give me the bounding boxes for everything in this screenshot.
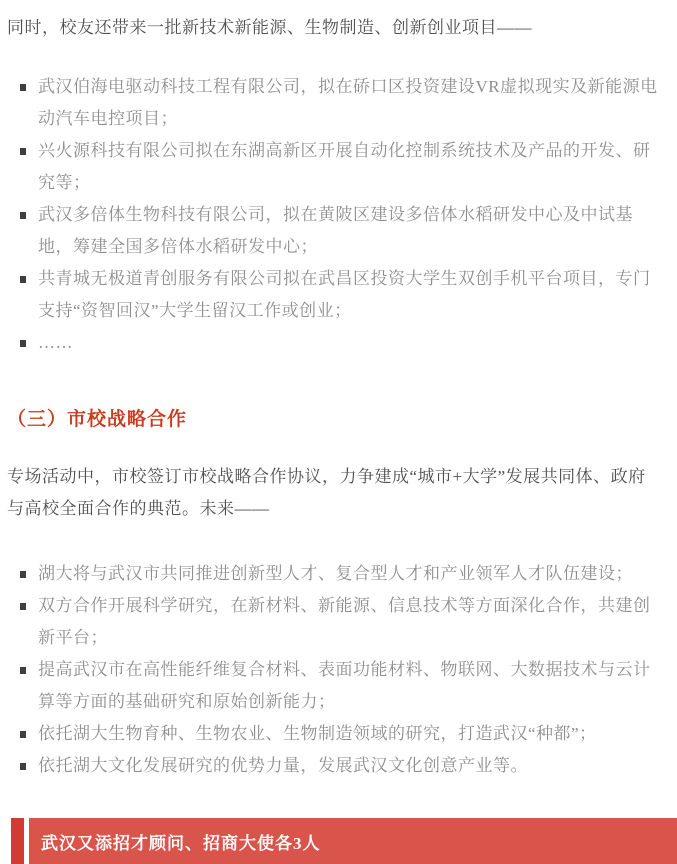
list-item: 依托湖大文化发展研究的优势力量，发展武汉文化创意产业等。	[7, 750, 663, 782]
list-item: 武汉多倍体生物科技有限公司，拟在黄陂区建设多倍体水稻研发中心及中试基地，筹建全国…	[7, 199, 663, 263]
square-bullet-icon	[20, 763, 26, 770]
list-item-text: 依托湖大文化发展研究的优势力量，发展武汉文化创意产业等。	[38, 756, 528, 775]
list-item-text: ……	[38, 333, 73, 352]
square-bullet-icon	[20, 84, 26, 91]
square-bullet-icon	[20, 571, 26, 578]
list-item: 武汉伯海电驱动科技工程有限公司，拟在硚口区投资建设VR虚拟现实及新能源电动汽车电…	[7, 71, 663, 135]
square-bullet-icon	[20, 212, 26, 219]
list-item: 共青城无极道青创服务有限公司拟在武昌区投资大学生双创手机平台项目，专门支持“资智…	[7, 263, 663, 327]
article-body: 同时，校友还带来一批新技术新能源、生物制造、创新创业项目—— 武汉伯海电驱动科技…	[0, 12, 677, 864]
square-bullet-icon	[20, 340, 26, 347]
list-item: 提高武汉市在高性能纤维复合材料、表面功能材料、物联网、大数据技术与云计算等方面的…	[7, 654, 663, 718]
banner-title-bar: 武汉又添招才顾问、招商大使各3人	[29, 818, 677, 864]
list-item: ……	[7, 327, 663, 359]
square-bullet-icon	[20, 667, 26, 674]
list-item-text: 武汉伯海电驱动科技工程有限公司，拟在硚口区投资建设VR虚拟现实及新能源电动汽车电…	[38, 77, 658, 128]
next-section-banner: 武汉又添招才顾问、招商大使各3人	[11, 818, 677, 864]
list-item-text: 武汉多倍体生物科技有限公司，拟在黄陂区建设多倍体水稻研发中心及中试基地，筹建全国…	[38, 205, 633, 256]
list-item-text: 提高武汉市在高性能纤维复合材料、表面功能材料、物联网、大数据技术与云计算等方面的…	[38, 660, 651, 711]
square-bullet-icon	[20, 276, 26, 283]
list-item: 兴火源科技有限公司拟在东湖高新区开展自动化控制系统技术及产品的开发、研究等；	[7, 135, 663, 199]
banner-title: 武汉又添招才顾问、招商大使各3人	[41, 829, 321, 854]
square-bullet-icon	[20, 731, 26, 738]
banner-accent-bar	[11, 818, 24, 864]
list-item-text: 依托湖大生物育种、生物农业、生物制造领域的研究，打造武汉“种都”；	[38, 724, 597, 743]
list-item: 湖大将与武汉市共同推进创新型人才、复合型人才和产业领军人才队伍建设；	[7, 558, 663, 590]
list-item: 依托湖大生物育种、生物农业、生物制造领域的研究，打造武汉“种都”；	[7, 718, 663, 750]
intro-paragraph: 同时，校友还带来一批新技术新能源、生物制造、创新创业项目——	[7, 12, 657, 44]
list-item-text: 共青城无极道青创服务有限公司拟在武昌区投资大学生双创手机平台项目，专门支持“资智…	[38, 269, 651, 320]
list-item-text: 兴火源科技有限公司拟在东湖高新区开展自动化控制系统技术及产品的开发、研究等；	[38, 141, 651, 192]
list-item: 双方合作开展科学研究，在新材料、新能源、信息技术等方面深化合作，共建创新平台；	[7, 590, 663, 654]
square-bullet-icon	[20, 148, 26, 155]
section-heading: （三）市校战略合作	[7, 407, 657, 433]
list-item-text: 双方合作开展科学研究，在新材料、新能源、信息技术等方面深化合作，共建创新平台；	[38, 596, 651, 647]
alumni-project-list: 武汉伯海电驱动科技工程有限公司，拟在硚口区投资建设VR虚拟现实及新能源电动汽车电…	[7, 71, 663, 359]
square-bullet-icon	[20, 603, 26, 610]
section-lead-paragraph: 专场活动中，市校签订市校战略合作协议，力争建成“城市+大学”发展共同体、政府与高…	[7, 461, 655, 525]
cooperation-point-list: 湖大将与武汉市共同推进创新型人才、复合型人才和产业领军人才队伍建设； 双方合作开…	[7, 558, 663, 782]
list-item-text: 湖大将与武汉市共同推进创新型人才、复合型人才和产业领军人才队伍建设；	[38, 564, 633, 583]
